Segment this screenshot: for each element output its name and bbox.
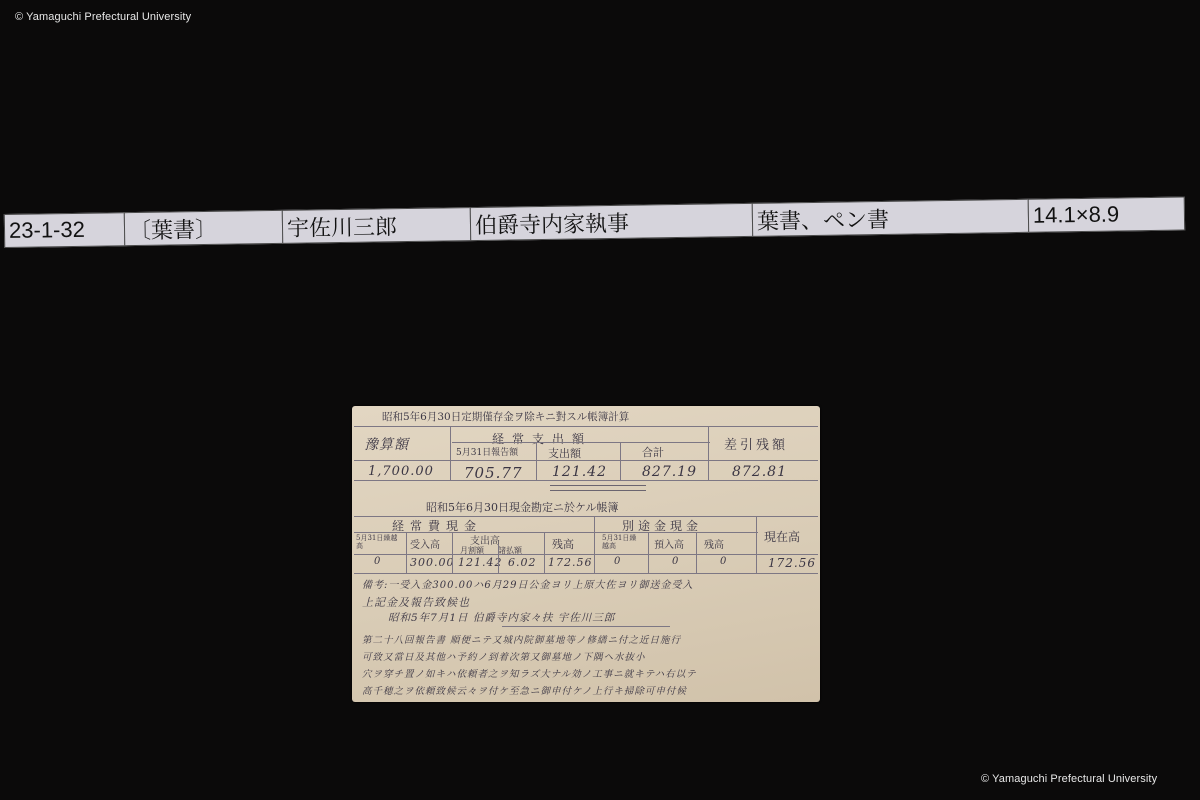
double-rule [550, 485, 646, 491]
copyright-watermark-bottom: © Yamaguchi Prefectural University [981, 773, 1157, 785]
catalog-number: 23-1-32 [4, 212, 124, 248]
remarks-line-2: 上記金及報告致候也 [362, 594, 470, 610]
body-line-4: 高千穂之ヲ依頼致候云々ヲ付ケ至急ニ御申付ケノ上行キ掃除可申付候 [362, 683, 687, 697]
card-title-middle: 昭和5年6月30日現金勘定ニ於ケル帳簿 [426, 499, 618, 515]
t2-sep-prev-value: 0 [614, 556, 621, 567]
rule [620, 442, 621, 480]
t2-sep-balance-value: 0 [720, 556, 727, 567]
remarks-line-1: 備考:一受入金300.00ハ6月29日公金ヨリ上原大佐ヨリ御送金受入 [362, 576, 693, 591]
t1-remaining-value: 872.81 [732, 464, 787, 480]
rule [708, 426, 709, 480]
t2-present-value: 172.56 [768, 556, 816, 570]
rule [502, 626, 670, 627]
medium: 葉書、ペン書 [752, 199, 1028, 237]
card-title-top: 昭和5年6月30日定期僅存金ヲ除キニ對スル帳簿計算 [382, 409, 629, 424]
postcard: 昭和5年6月30日定期僅存金ヲ除キニ對スル帳簿計算 豫算額 経常支出額 差引残額… [352, 406, 820, 702]
author-title: 伯爵寺内家執事 [470, 203, 752, 241]
t1-may-header: 5月31日報告額 [456, 445, 518, 458]
t1-total-header: 合計 [642, 444, 664, 460]
rule [354, 532, 758, 533]
rule [452, 532, 453, 573]
t1-remaining-header: 差引残額 [724, 434, 788, 453]
rule [452, 442, 710, 443]
rule [354, 573, 818, 574]
rule [354, 460, 818, 461]
t2-sep-in-header: 預入高 [654, 536, 684, 551]
rule [406, 532, 407, 573]
t2-received-value: 300.00 [410, 556, 455, 569]
t1-budget-value: 1,700.00 [368, 464, 434, 479]
rule [536, 442, 537, 480]
t2-balance-value: 172.56 [548, 556, 593, 569]
t1-total-value: 827.19 [642, 464, 697, 480]
t2-sep-balance-header: 残高 [704, 536, 724, 551]
copyright-watermark-top: © Yamaguchi Prefectural University [15, 11, 191, 23]
t2-received-header: 受入高 [410, 536, 440, 551]
rule [756, 516, 757, 573]
t2-monthly-value: 121.42 [458, 556, 503, 569]
rule [354, 554, 818, 555]
t2-balance-header: 残高 [552, 536, 574, 552]
dimensions: 14.1×8.9 [1028, 196, 1185, 232]
rule [354, 480, 818, 481]
signature-line: 昭和5年7月1日 伯爵寺内家々扶 宇佐川三郎 [388, 610, 615, 625]
rule [696, 532, 697, 573]
t2-sep-in-value: 0 [672, 556, 679, 567]
rule [544, 532, 545, 573]
t2-other-value: 6.02 [508, 556, 537, 569]
body-line-1: 第二十八回報告書 順便ニテ又城内院御墓地等ノ修繕ニ付之近日施行 [362, 632, 681, 646]
rule [498, 544, 499, 573]
catalog-label-strip: 23-1-32 〔葉書〕 宇佐川三郎 伯爵寺内家執事 葉書、ペン書 14.1×8… [4, 182, 1191, 256]
rule [450, 426, 451, 480]
t1-exp-header: 支出額 [548, 445, 581, 461]
body-line-3: 穴ヲ穿チ置ノ如キハ依頼者之ヲ知ラズ大ナル効ノ工事ニ就キテハ右以テ [362, 666, 697, 680]
body-line-2: 可致又當日及其他ハ予約ノ到着次第又御墓地ノ下隅ヘ水抜小 [362, 649, 646, 663]
t2-present-header: 現在高 [764, 528, 800, 545]
t1-budget-header: 豫算額 [364, 434, 409, 454]
rule [648, 532, 649, 573]
t2-sep-prev-header: 5月31日繰越高 [602, 534, 642, 550]
rule [594, 516, 595, 573]
document-type: 〔葉書〕 [124, 210, 282, 246]
t2-prev-value: 0 [374, 556, 381, 567]
t1-exp-value: 121.42 [552, 464, 607, 480]
author-name: 宇佐川三郎 [282, 207, 470, 244]
rule [354, 426, 818, 427]
t2-prev-header: 5月31日繰越高 [356, 534, 404, 550]
